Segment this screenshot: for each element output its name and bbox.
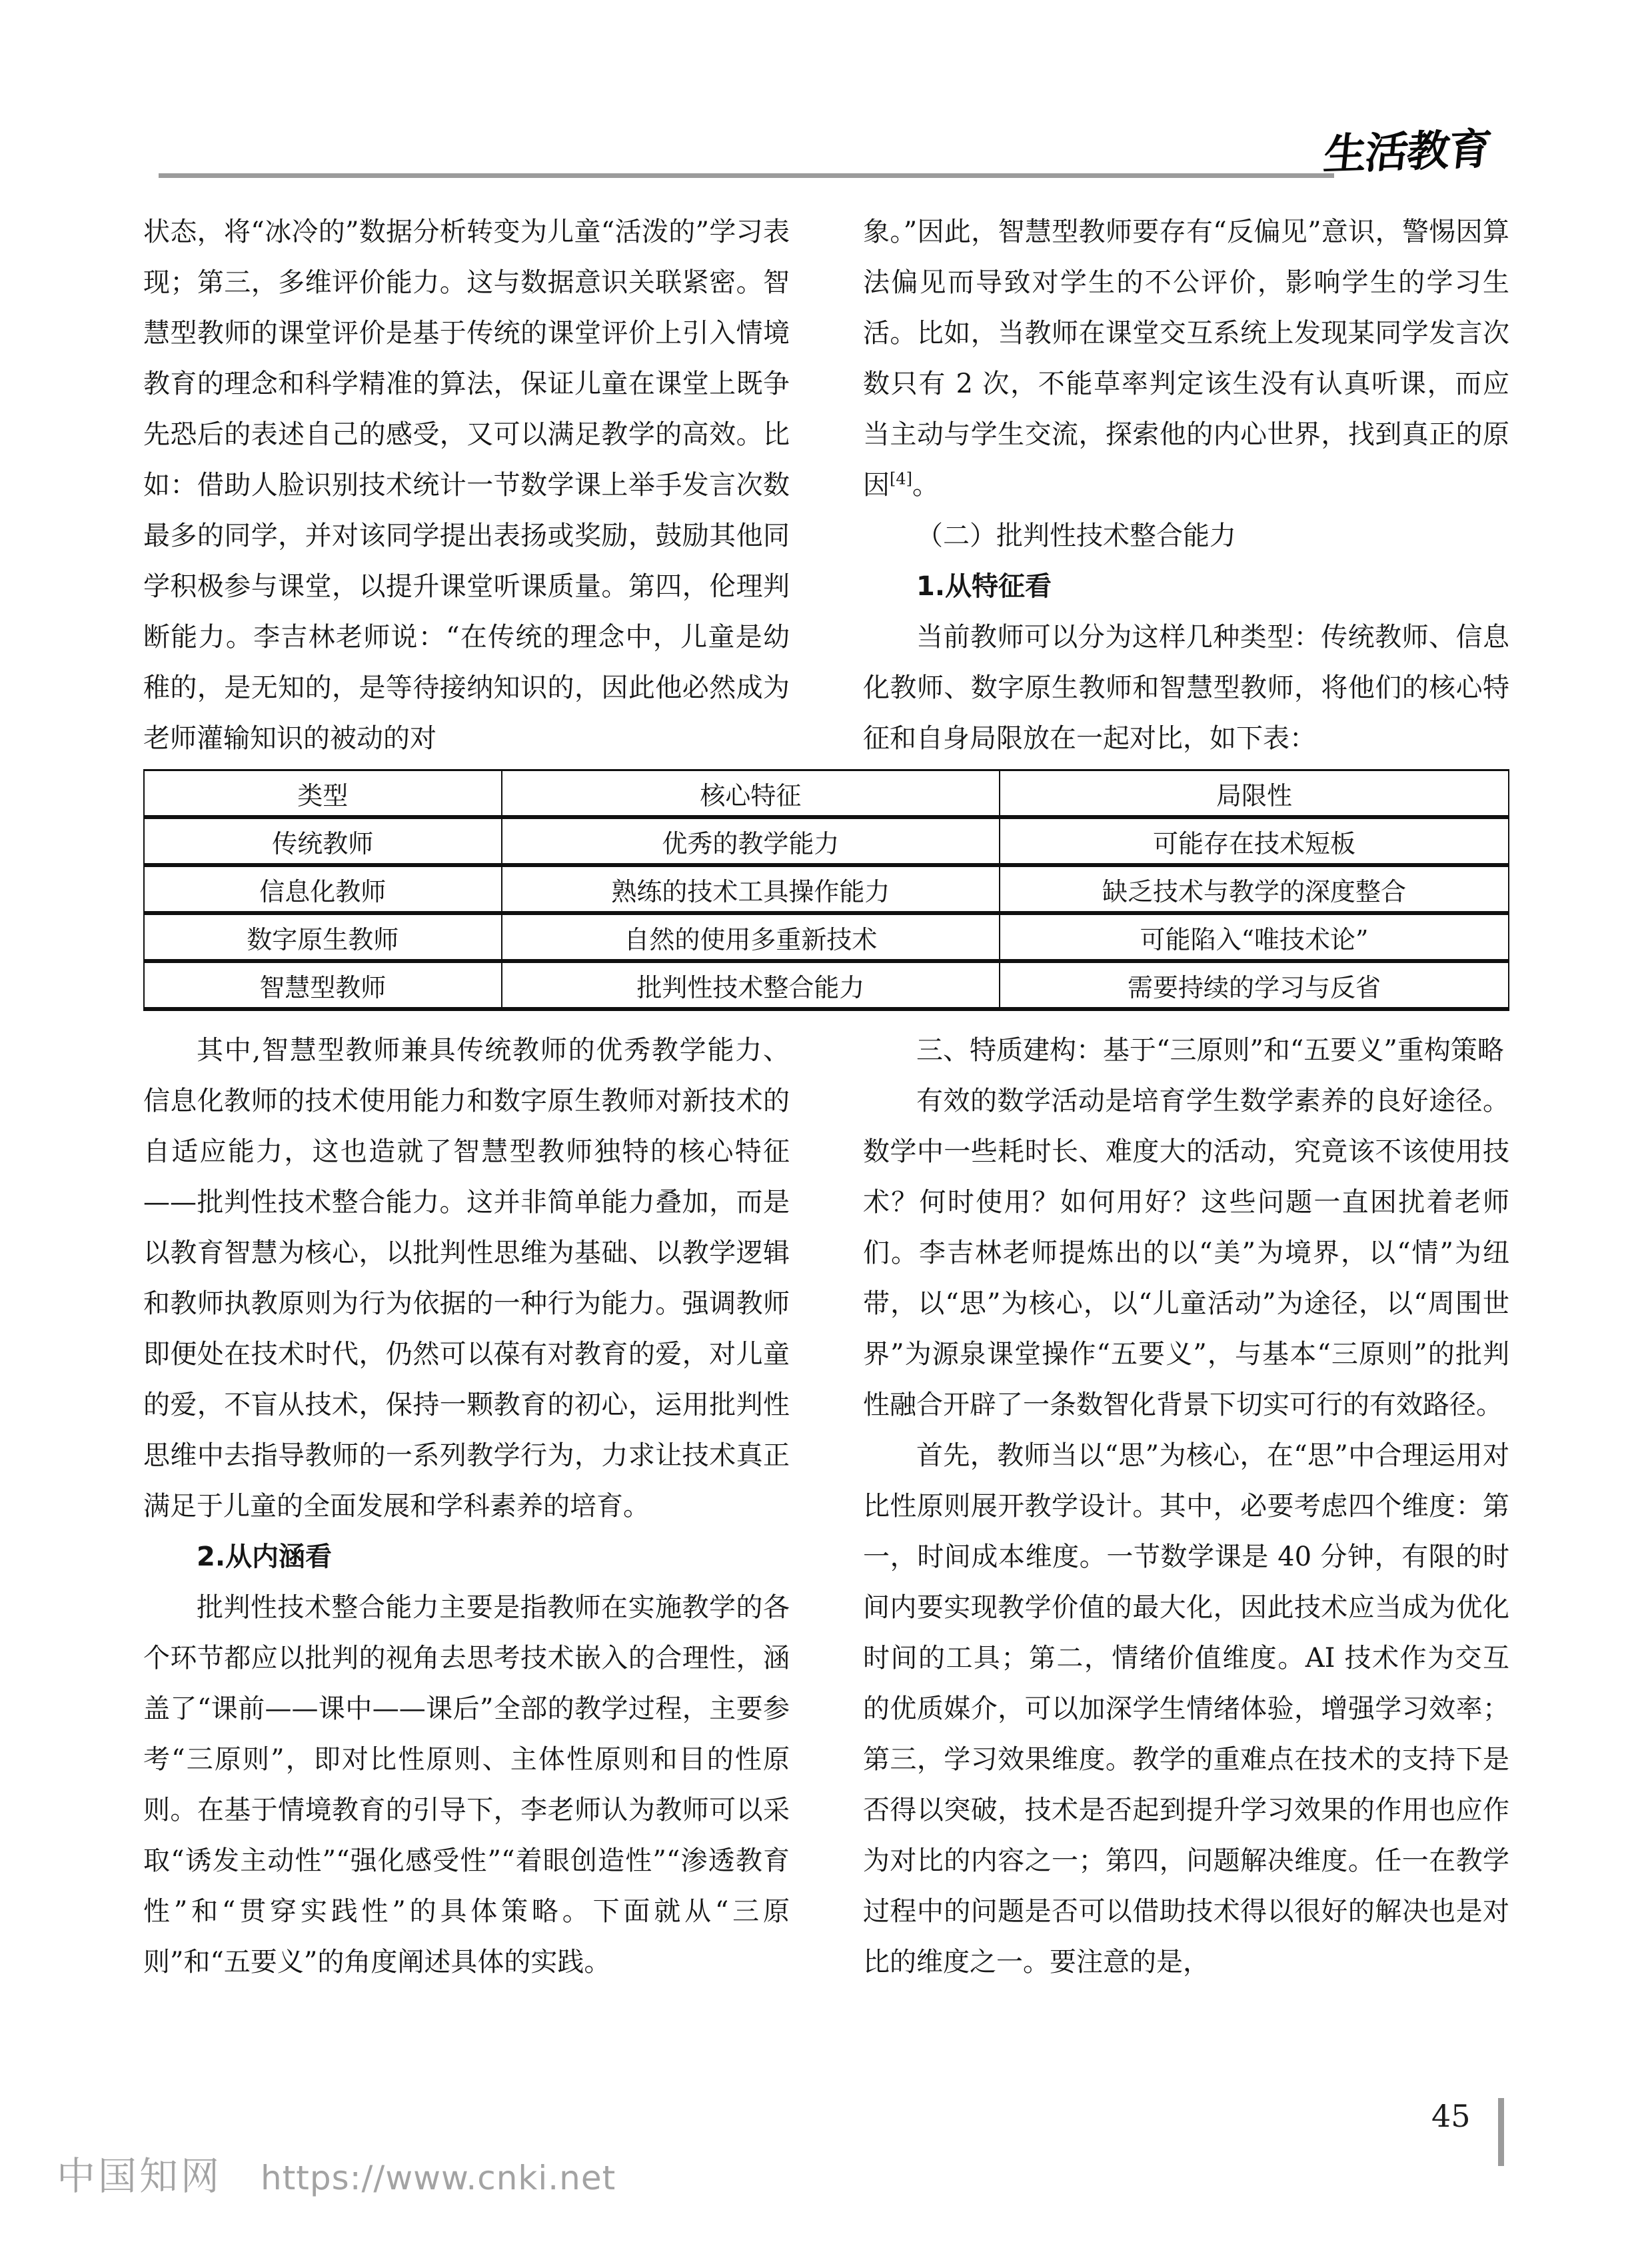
- paragraph-text: 象。”因此，智慧型教师要存有“反偏见”意识，警惕因算法偏见而导致对学生的不公评价…: [863, 217, 1509, 501]
- body-paragraph: 当前教师可以分为这样几种类型：传统教师、信息化教师、数字原生教师和智慧型教师，将…: [863, 612, 1509, 764]
- body-paragraph: 首先，教师当以“思”为核心，在“思”中合理运用对比性原则展开教学设计。其中，必要…: [863, 1430, 1509, 1987]
- left-column-top: 状态，将“冰冷的”数据分析转变为儿童“活泼的”学习表现；第三，多维评价能力。这与…: [143, 207, 790, 764]
- table-cell: 熟练的技术工具操作能力: [502, 865, 1000, 913]
- table-row: 信息化教师 熟练的技术工具操作能力 缺乏技术与教学的深度整合: [144, 865, 1509, 913]
- table-header-type: 类型: [144, 770, 502, 818]
- body-paragraph: 批判性技术整合能力主要是指教师在实施教学的各个环节都应以批判的视角去思考技术嵌入…: [143, 1582, 790, 1987]
- page-number: 45: [1431, 2098, 1471, 2134]
- table-row: 智慧型教师 批判性技术整合能力 需要持续的学习与反省: [144, 961, 1509, 1009]
- cnki-site-url: https://www.cnki.net: [261, 2159, 616, 2197]
- two-column-section-bottom: 其中,智慧型教师兼具传统教师的优秀教学能力、信息化教师的技术使用能力和数字原生教…: [143, 1025, 1509, 2089]
- table-header-row: 类型 核心特征 局限性: [144, 770, 1509, 818]
- paragraph-text: 。: [912, 470, 939, 501]
- cnki-site-name: 中国知网: [57, 2145, 222, 2201]
- sub-heading-1-features: 1.从特征看: [863, 561, 1509, 612]
- table-cell: 智慧型教师: [144, 961, 502, 1009]
- sub-heading-2-connotation: 2.从内涵看: [143, 1532, 790, 1582]
- table-header-limitation: 局限性: [1000, 770, 1509, 818]
- table-cell: 数字原生教师: [144, 913, 502, 961]
- right-column-top: 象。”因此，智慧型教师要存有“反偏见”意识，警惕因算法偏见而导致对学生的不公评价…: [863, 207, 1509, 764]
- table-header-core-feature: 核心特征: [502, 770, 1000, 818]
- table-cell: 批判性技术整合能力: [502, 961, 1000, 1009]
- cnki-footer: 中国知网 https://www.cnki.net: [57, 2145, 616, 2201]
- section-heading-2: （二）批判性技术整合能力: [863, 511, 1509, 561]
- table-cell: 可能存在技术短板: [1000, 817, 1509, 865]
- journal-page: 生活教育 状态，将“冰冷的”数据分析转变为儿童“活泼的”学习表现；第三，多维评价…: [0, 0, 1652, 2244]
- right-column-bottom: 三、特质建构：基于“三原则”和“五要义”重构策略 有效的数学活动是培育学生数学素…: [863, 1025, 1509, 2089]
- teacher-type-comparison-table: 类型 核心特征 局限性 传统教师 优秀的教学能力 可能存在技术短板 信息化教师 …: [143, 769, 1509, 1011]
- body-paragraph: 其中,智慧型教师兼具传统教师的优秀教学能力、信息化教师的技术使用能力和数字原生教…: [143, 1025, 790, 1532]
- table-cell: 缺乏技术与教学的深度整合: [1000, 865, 1509, 913]
- journal-logo-calligraphy: 生活教育: [1321, 114, 1522, 182]
- left-column-bottom: 其中,智慧型教师兼具传统教师的优秀教学能力、信息化教师的技术使用能力和数字原生教…: [143, 1025, 790, 2089]
- page-content: 状态，将“冰冷的”数据分析转变为儿童“活泼的”学习表现；第三，多维评价能力。这与…: [143, 207, 1509, 2089]
- table-cell: 需要持续的学习与反省: [1000, 961, 1509, 1009]
- citation-ref-4: [4]: [890, 470, 912, 489]
- table-cell: 优秀的教学能力: [502, 817, 1000, 865]
- body-paragraph: 有效的数学活动是培育学生数学素养的良好途径。数学中一些耗时长、难度大的活动，究竟…: [863, 1076, 1509, 1430]
- table-row: 传统教师 优秀的教学能力 可能存在技术短板: [144, 817, 1509, 865]
- table-row: 数字原生教师 自然的使用多重新技术 可能陷入“唯技术论”: [144, 913, 1509, 961]
- page-number-decoration-bar: [1498, 2098, 1504, 2166]
- section-heading-3: 三、特质建构：基于“三原则”和“五要义”重构策略: [863, 1025, 1509, 1076]
- two-column-section-top: 状态，将“冰冷的”数据分析转变为儿童“活泼的”学习表现；第三，多维评价能力。这与…: [143, 207, 1509, 764]
- body-paragraph: 象。”因此，智慧型教师要存有“反偏见”意识，警惕因算法偏见而导致对学生的不公评价…: [863, 207, 1509, 511]
- table-cell: 自然的使用多重新技术: [502, 913, 1000, 961]
- body-paragraph: 状态，将“冰冷的”数据分析转变为儿童“活泼的”学习表现；第三，多维评价能力。这与…: [143, 207, 790, 764]
- header-divider-line: [159, 173, 1334, 178]
- table-cell: 信息化教师: [144, 865, 502, 913]
- table-cell: 传统教师: [144, 817, 502, 865]
- table-cell: 可能陷入“唯技术论”: [1000, 913, 1509, 961]
